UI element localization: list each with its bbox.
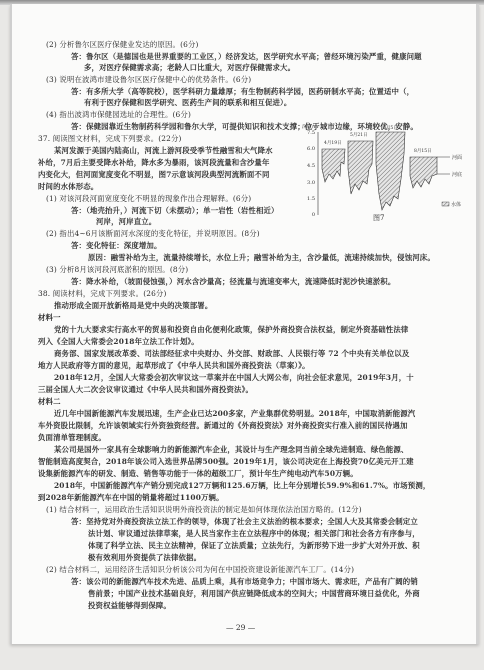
legend-water-label: 水体 [451,201,461,208]
svg-text:6.0: 6.0 [307,146,315,152]
svg-text:7.5: 7.5 [307,130,315,136]
question-37-title: 37. 阅读图文材料，完成下列要求。(22分) [38,134,182,144]
material-2-line: 某公司是国外一家具有全球影响力的新能源汽车企业，其设计与生产理念同当前全球先进制… [54,445,408,455]
section-may21 [348,141,373,194]
question-37-2: (2) 指出4~6月该断面河水深度的变化特征，并说明原因。(8分) [46,229,260,239]
material-2-heading: 材料二 [38,397,61,407]
answer-38-1: 答：坚持党对外商投资法立法工作的领导，体现了社会主义法治的根本要求；全国人大及其… [71,517,418,527]
figure-7-river-section-chart: 深度/m 7.5 6.0 4.5 3.0 1.5 0 4月19日 5月21日 6… [300,124,472,222]
question-38-1: (1) 结合材料一，运用政治生活知识说明外商投资法的制定是如何体现依法治国方略的… [46,505,362,515]
section-aug15 [410,157,437,188]
answer-38-1-cont: 法计划、审议通过法律草案，是人民当家作主在立法程序中的体现；相关部门和社会各方有… [88,529,420,539]
question-36-2: (2) 分析鲁尔区医疗保健业发达的原因。(6分) [46,40,199,50]
surface-label: 河面 [452,154,462,161]
question-36-4: (4) 指出波鸿市保健园选址的合理性。(6分) [46,110,191,120]
material-1-line: 2018年12月，全国人大常委会初次审议这一草案并在中国人大网公布，向社会征求意… [54,373,414,383]
material-2-line: 车外资股比限制，允许该领域实行外资独资经营。新通过的《外商投资法》对外商投资实行… [38,421,408,431]
q37-intro-2: 补给，7月后主要受降水补给，降水多为暴雨，该河段流量和含沙量年 [38,158,270,168]
material-1-line: 党的十九大要求实行高水平的贸易和投资自由化便利化政策，保护外商投资合法权益，制定… [54,325,408,335]
svg-text:4月19日: 4月19日 [324,139,342,146]
answer-36-3: 答：有多所大学（高等院校），医学科研力量雄厚；有生物制药科学园，医药研制水平高；… [71,87,414,97]
svg-text:0: 0 [312,212,315,218]
answer-36-2: 答：鲁尔区（是德国也是世界重要的工业区，）经济发达，医学研究水平高；曾经环境污染… [71,52,422,62]
question-36-3: (3) 说明在波鸿市建设鲁尔区医疗保健中心的优势条件。(6分) [46,75,251,85]
question-38-title: 38. 阅读材料，完成下列要求。(26分) [38,289,167,299]
svg-text:1.5: 1.5 [307,196,315,202]
material-2-line: 2018年，中国新能源汽车产销分别完成127万辆和125.6万辆，比上年分别增长… [54,481,430,491]
bed-label: 河底 [452,171,462,178]
svg-text:5月21日: 5月21日 [350,131,368,138]
q38-intro: 推动形成全面开放新格局是党中央的决策部署。 [54,301,212,311]
material-1-heading: 材料一 [38,313,61,323]
material-2-line: 到2028年新能源汽车在中国的销量将超过1100万辆。 [38,493,224,503]
material-1-line: 商务部、国家发展改革委、司法部经征求中央财办、外交部、财政部、人民银行等 72 … [54,349,409,359]
answer-37-2-cont: 原因：融雪补给为主，流量持续增长，水位上升；融雪补给为主，含沙量低，流速持续加快… [88,253,435,263]
answer-38-2: 答：该公司的新能源汽车技术先进、品质上乘，具有市场竞争力；中国市场大、需求旺，产… [71,577,418,587]
material-2-line: 负面清单管理制度。 [38,433,106,443]
figure-7-caption: 图7 [373,213,384,223]
answer-36-3-cont: 有利于医疗保健和医学研究、医药生产间的联系和相互促进）。 [84,98,291,108]
question-37-3: (3) 分析8月该河段河底淤积的原因。(8分) [46,265,188,275]
answer-37-1-cont: 河岸，河岸直立。 [96,217,156,227]
material-1-line: 地方人民政府等方面的意见，起草形成了《中华人民共和国外商投资法（草案）》。 [38,361,310,371]
svg-text:6月5日: 6月5日 [383,124,398,131]
q37-intro-1: 某河发源于美国内陆高山，河流上游河段受季节性融雪和大气降水 [54,146,273,156]
answer-38-1-cont: 体现了科学立法、民主立法精神，保证了立法质量；立法先行，为新形势下进一步扩大对外… [88,541,420,551]
q37-intro-4: 时间的水体形态。 [38,182,98,192]
svg-text:8月15日: 8月15日 [414,147,432,154]
material-1-line: 列入《全国人大常委会2018年立法工作计划》。 [38,337,199,347]
answer-38-2-cont: 投资权益能够得到保障。 [88,601,171,611]
material-2-line: 智能制造高度契合，2018年该公司入选世界品牌500强。2019年1月，该公司决… [38,457,414,467]
section-jun5 [376,132,405,210]
svg-text:3.0: 3.0 [307,180,315,186]
y-axis-ticks: 7.5 6.0 4.5 3.0 1.5 0 [307,130,315,218]
legend-water-swatch [442,202,449,206]
answer-36-2-cont: 多，对医疗保健需求高；老龄人口比重大，对医疗保健需求大。 [84,63,295,73]
page-number: — 29 — [226,623,255,632]
material-2-line: 设集新能源汽车的研发、制造、销售等功能于一体的超级工厂，预计年生产纯电动汽车50… [38,469,358,479]
material-2-line: 近几年中国新能源汽车发展迅速，生产企业已达200多家，产业集群优势明显。2018… [54,409,415,419]
section-apr19 [322,149,345,182]
q37-intro-3: 内变化大，但河面宽度变化不明显，图7示意该河段典型河流断面不同 [38,170,270,180]
svg-text:4.5: 4.5 [307,163,315,169]
material-1-line: 三届全国人大二次会议审议通过《中华人民共和国外商投资法》。 [38,385,253,395]
question-37-1: (1) 对该河段河面宽度变化不明显的现象作出合理解释。(6分) [46,194,251,204]
question-38-2: (2) 结合材料二，运用经济生活知识分析该公司为何在中国投资建设新能源汽车工厂。… [46,565,354,575]
answer-38-1-cont: 极有效利用外资提供了法律依据。 [88,553,201,563]
answer-37-2: 答：变化特征：深度增加。 [71,241,162,251]
answer-37-3: 答：降水补给，（坡面侵蚀强，）河水含沙量高；径流量与流速变率大，流速降低时泥沙快… [71,277,395,287]
answer-37-1: 答：（地壳抬升，）河流下切（未摆动）；单一岩性（岩性相近） [71,206,279,216]
answer-38-2-cont: 售前景；中国产业技术基础良好，利用国产供应链降低成本的空间大；中国营商环境日益优… [88,589,420,599]
